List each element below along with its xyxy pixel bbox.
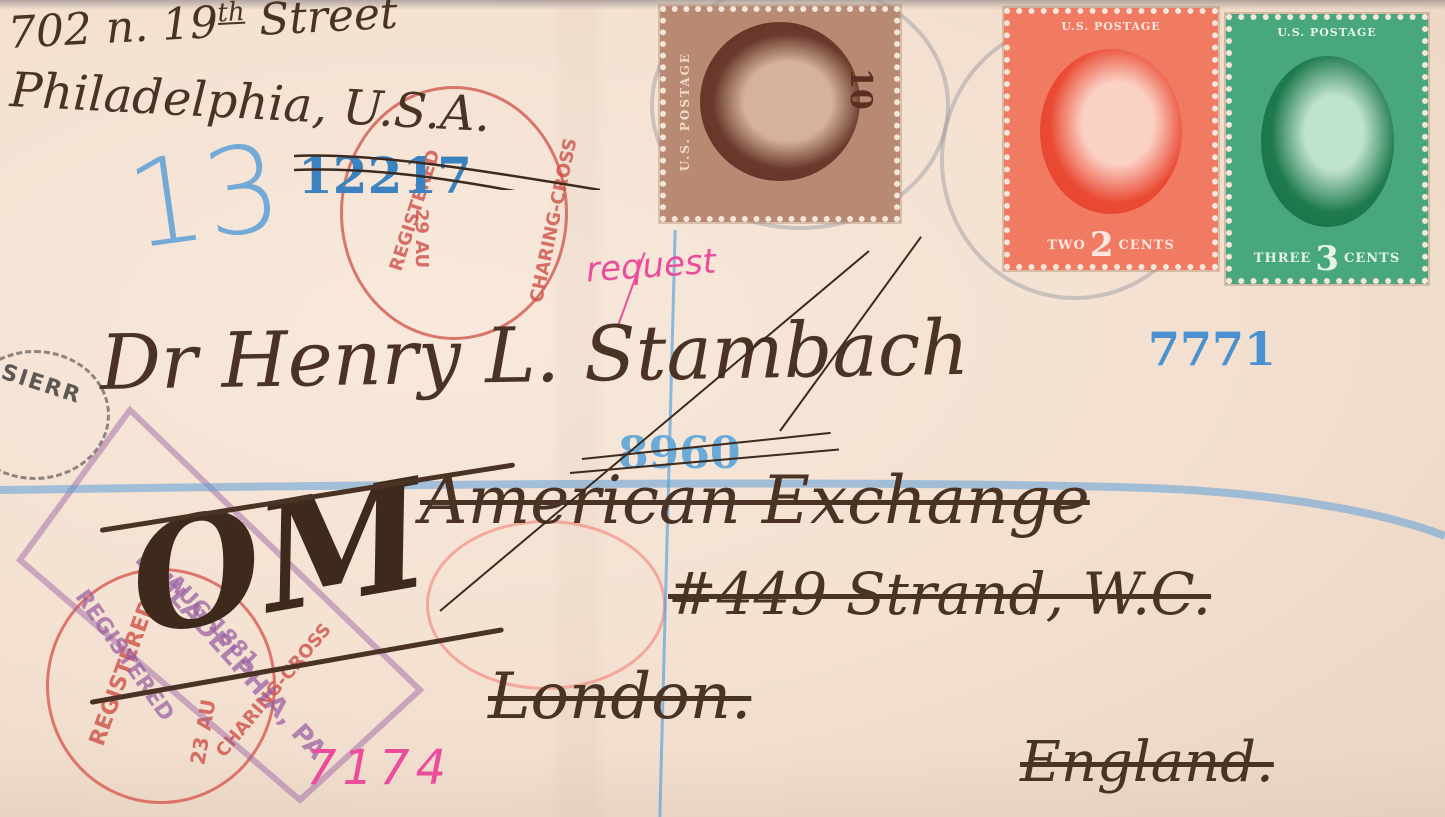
stamp-value-word: Two (1047, 238, 1086, 253)
stamp-value-numeral: 2 (1090, 230, 1115, 260)
stamp-denomination: 10 (843, 68, 878, 110)
registry-number-right: 7771 (1148, 322, 1276, 376)
stamp-2-cent: U.S. Postage Two 2 Cents (1004, 8, 1218, 270)
stamp-cents-label: Cents (1344, 251, 1400, 266)
street-word: Street (258, 0, 399, 46)
stamp-bottom-text: Three 3 Cents (1254, 244, 1400, 274)
stamp-portrait-jackson (1040, 49, 1181, 214)
addressee-name: Dr Henry L. Stambach (99, 303, 970, 407)
addressee-line-2-struck: American Exchange (420, 462, 1090, 539)
stamp-value-numeral: 3 (1315, 244, 1340, 274)
blue-crayon-number: 13 (119, 118, 290, 277)
stamp-top-text: U.S. Postage (1061, 20, 1160, 33)
ordinal-suffix: th (217, 0, 246, 28)
street-number: 702 n. 19 (7, 0, 220, 59)
stamp-top-text: U.S. Postage (1277, 26, 1376, 39)
stamp-10-cent: U.S. Postage 10 (660, 6, 900, 222)
stamp-cents-label: Cents (1119, 238, 1175, 253)
pink-pencil-number: 7174 (306, 740, 452, 796)
pink-pencil-note: request (585, 242, 717, 291)
stamp-bottom-text: Two 2 Cents (1047, 230, 1174, 260)
return-address-line-1: 702 n. 19th Street (7, 0, 399, 59)
addressee-line-3-struck: #449 Strand, W.C. (668, 560, 1211, 628)
stamp-portrait-jefferson (700, 22, 860, 181)
stamp-value-word: Three (1254, 251, 1312, 266)
stamp-portrait-washington (1261, 56, 1394, 226)
addressee-line-4-struck: London. (488, 660, 751, 734)
stamp-top-text: U.S. Postage (678, 52, 692, 171)
stamp-3-cent: U.S. Postage Three 3 Cents (1226, 14, 1428, 284)
strike-through-lines (292, 150, 602, 190)
postmark-date: 29 AU (411, 209, 432, 268)
postal-cover: SIERR REGISTERED 29 AU CHARING-CROSS REG… (0, 0, 1445, 817)
addressee-line-5-struck: England. (1020, 730, 1274, 795)
